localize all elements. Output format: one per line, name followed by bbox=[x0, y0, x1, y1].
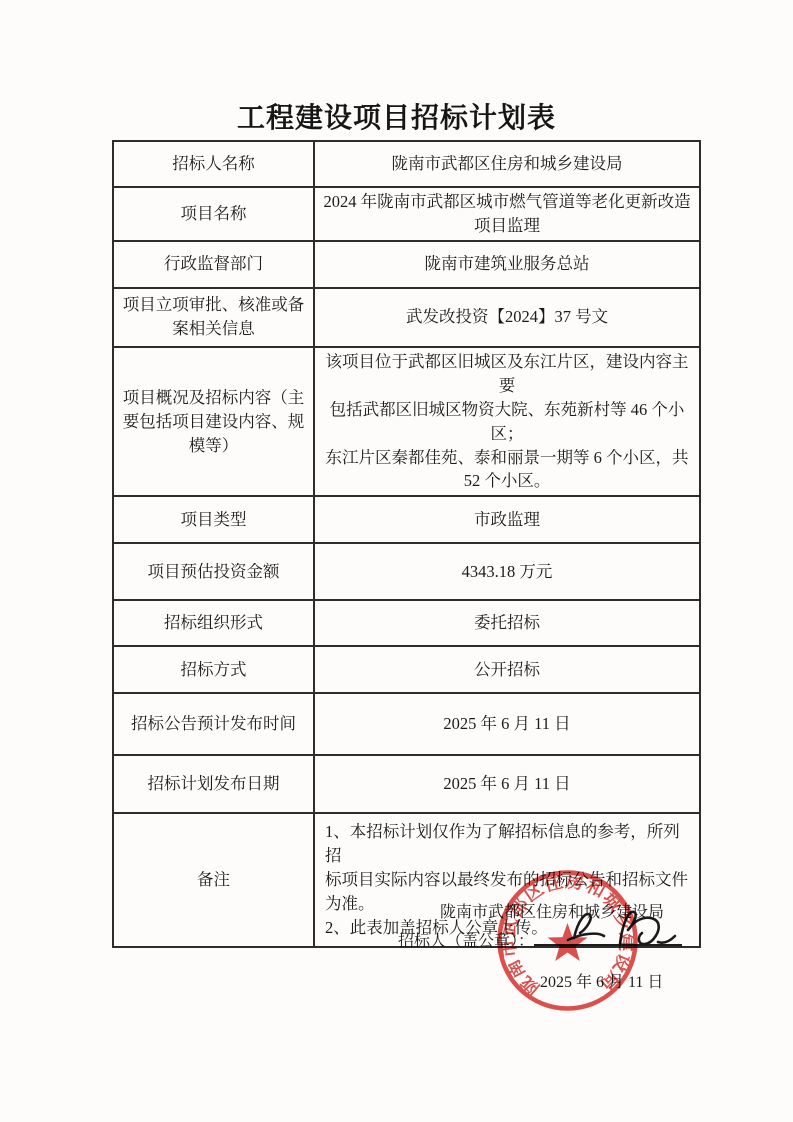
row-label-cell: 招标组织形式 bbox=[113, 600, 314, 646]
table-row: 项目概况及招标内容（主 要包括项目建设内容、规 模等） 该项目位于武都区旧城区及… bbox=[113, 347, 700, 497]
table-row: 项目名称 2024 年陇南市武都区城市燃气管道等老化更新改造 项目监理 bbox=[113, 187, 700, 241]
row-label-cell: 项目类型 bbox=[113, 496, 314, 543]
row-label-cell: 行政监督部门 bbox=[113, 241, 314, 288]
scanned-document-page: 工程建设项目招标计划表 招标人名称 陇南市武都区住房和城乡建设局 项目名称 20… bbox=[0, 0, 793, 1122]
row-value-cell: 市政监理 bbox=[314, 496, 700, 543]
row-value-cell: 陇南市武都区住房和城乡建设局 bbox=[314, 141, 700, 187]
row-value-cell: 公开招标 bbox=[314, 646, 700, 693]
row-label-cell: 项目概况及招标内容（主 要包括项目建设内容、规 模等） bbox=[113, 347, 314, 497]
row-value-cell: 武发改投资【2024】37 号文 bbox=[314, 288, 700, 347]
table-row: 招标组织形式 委托招标 bbox=[113, 600, 700, 646]
row-label-cell: 招标方式 bbox=[113, 646, 314, 693]
table-row: 项目类型 市政监理 bbox=[113, 496, 700, 543]
row-value-cell: 4343.18 万元 bbox=[314, 543, 700, 600]
table-row: 项目预估投资金额 4343.18 万元 bbox=[113, 543, 700, 600]
row-label-cell: 项目预估投资金额 bbox=[113, 543, 314, 600]
official-seal: 陇南市武都区住房和城乡建设局 bbox=[494, 867, 641, 1014]
bidding-plan-table: 招标人名称 陇南市武都区住房和城乡建设局 项目名称 2024 年陇南市武都区城市… bbox=[112, 140, 701, 948]
page-title: 工程建设项目招标计划表 bbox=[0, 96, 793, 136]
table-row: 招标计划发布日期 2025 年 6 月 11 日 bbox=[113, 755, 700, 813]
table-row: 招标方式 公开招标 bbox=[113, 646, 700, 693]
row-value-cell: 2025 年 6 月 11 日 bbox=[314, 693, 700, 755]
row-label-cell: 项目立项审批、核准或备 案相关信息 bbox=[113, 288, 314, 347]
row-label-cell: 招标公告预计发布时间 bbox=[113, 693, 314, 755]
row-label-cell: 项目名称 bbox=[113, 187, 314, 241]
row-value-cell: 该项目位于武都区旧城区及东江片区，建设内容主要 包括武都区旧城区物资大院、东苑新… bbox=[314, 347, 700, 497]
seal-star-icon bbox=[548, 923, 588, 961]
row-label-cell: 招标计划发布日期 bbox=[113, 755, 314, 813]
row-label-cell: 招标人名称 bbox=[113, 141, 314, 187]
row-label-cell: 备注 bbox=[113, 813, 314, 947]
row-value-cell: 2024 年陇南市武都区城市燃气管道等老化更新改造 项目监理 bbox=[314, 187, 700, 241]
row-value-cell: 委托招标 bbox=[314, 600, 700, 646]
table-row: 招标公告预计发布时间 2025 年 6 月 11 日 bbox=[113, 693, 700, 755]
row-value-cell: 陇南市建筑业服务总站 bbox=[314, 241, 700, 288]
row-value-cell: 2025 年 6 月 11 日 bbox=[314, 755, 700, 813]
table-row: 招标人名称 陇南市武都区住房和城乡建设局 bbox=[113, 141, 700, 187]
table-row: 行政监督部门 陇南市建筑业服务总站 bbox=[113, 241, 700, 288]
table-row: 项目立项审批、核准或备 案相关信息 武发改投资【2024】37 号文 bbox=[113, 288, 700, 347]
